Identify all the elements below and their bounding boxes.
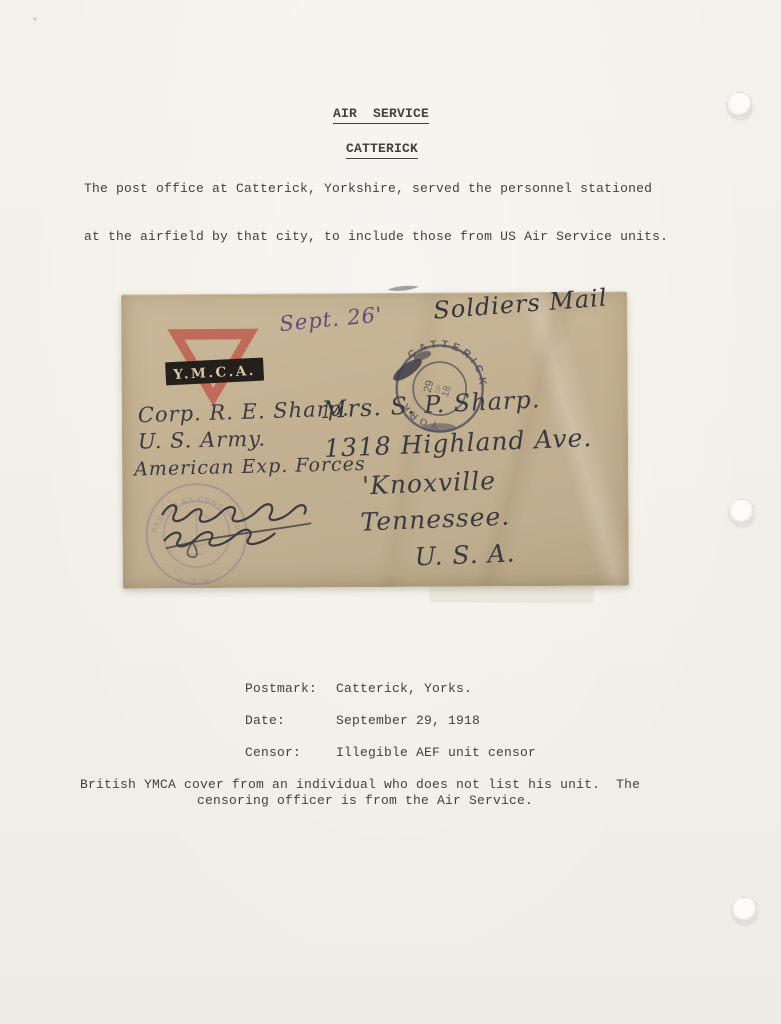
recipient-line-5: U. S. A. bbox=[414, 538, 516, 571]
recipient-line-3: 'Knoxville bbox=[362, 466, 497, 500]
detail-value-postmark: Catterick, Yorks. bbox=[336, 681, 472, 697]
pencil-smudge bbox=[387, 286, 419, 291]
detail-value-censor: Illegible AEF unit censor bbox=[336, 745, 536, 761]
detail-value-date: September 29, 1918 bbox=[336, 713, 480, 729]
detail-label-postmark: Postmark: bbox=[245, 681, 317, 697]
detail-label-date: Date: bbox=[245, 713, 285, 729]
page-title-text: AIR SERVICE bbox=[333, 106, 429, 124]
envelope-cover: Y.M.C.A. CATTERICK YORKS 29 SP bbox=[121, 291, 629, 588]
intro-line-2: at the airfield by that city, to include… bbox=[84, 229, 668, 245]
ymca-emblem: Y.M.C.A. bbox=[165, 329, 264, 407]
binder-hole-bottom bbox=[732, 897, 758, 923]
detail-label-censor: Censor: bbox=[245, 745, 301, 761]
intro-paragraph: The post office at Catterick, Yorkshire,… bbox=[84, 149, 668, 277]
paper-speck bbox=[33, 17, 37, 21]
binder-hole-top bbox=[727, 92, 753, 118]
closing-note-line-2: censoring officer is from the Air Servic… bbox=[197, 793, 533, 809]
recipient-line-4: Tennessee. bbox=[360, 502, 511, 537]
sender-line-2: U. S. Army. bbox=[138, 427, 267, 454]
intro-line-1: The post office at Catterick, Yorkshire,… bbox=[84, 181, 668, 197]
binder-hole-middle bbox=[729, 499, 755, 525]
album-page: AIR SERVICE CATTERICK The post office at… bbox=[0, 0, 781, 1024]
censor-arc-bottom: A. E. F. bbox=[173, 572, 211, 587]
closing-note-line-1: British YMCA cover from an individual wh… bbox=[80, 777, 640, 793]
